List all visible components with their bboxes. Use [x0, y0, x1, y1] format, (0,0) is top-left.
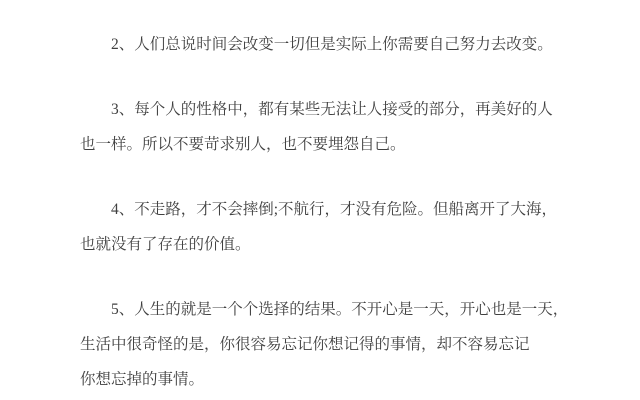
- quote-paragraph-3: 3、每个人的性格中，都有某些无法让人接受的部分，再美好的人 也一样。所以不要苛求…: [80, 92, 584, 162]
- quote-paragraph-5: 5、人生的就是一个个选择的结果。不开心是一天，开心也是一天， 生活中很奇怪的是，…: [80, 292, 584, 397]
- document-page: 2、人们总说时间会改变一切但是实际上你需要自己努力去改变。 3、每个人的性格中，…: [0, 0, 640, 400]
- quote-paragraph-4: 4、不走路，才不会摔倒;不航行，才没有危险。但船离开了大海， 也就没有了存在的价…: [80, 192, 584, 262]
- quote-paragraph-2: 2、人们总说时间会改变一切但是实际上你需要自己努力去改变。: [80, 27, 584, 62]
